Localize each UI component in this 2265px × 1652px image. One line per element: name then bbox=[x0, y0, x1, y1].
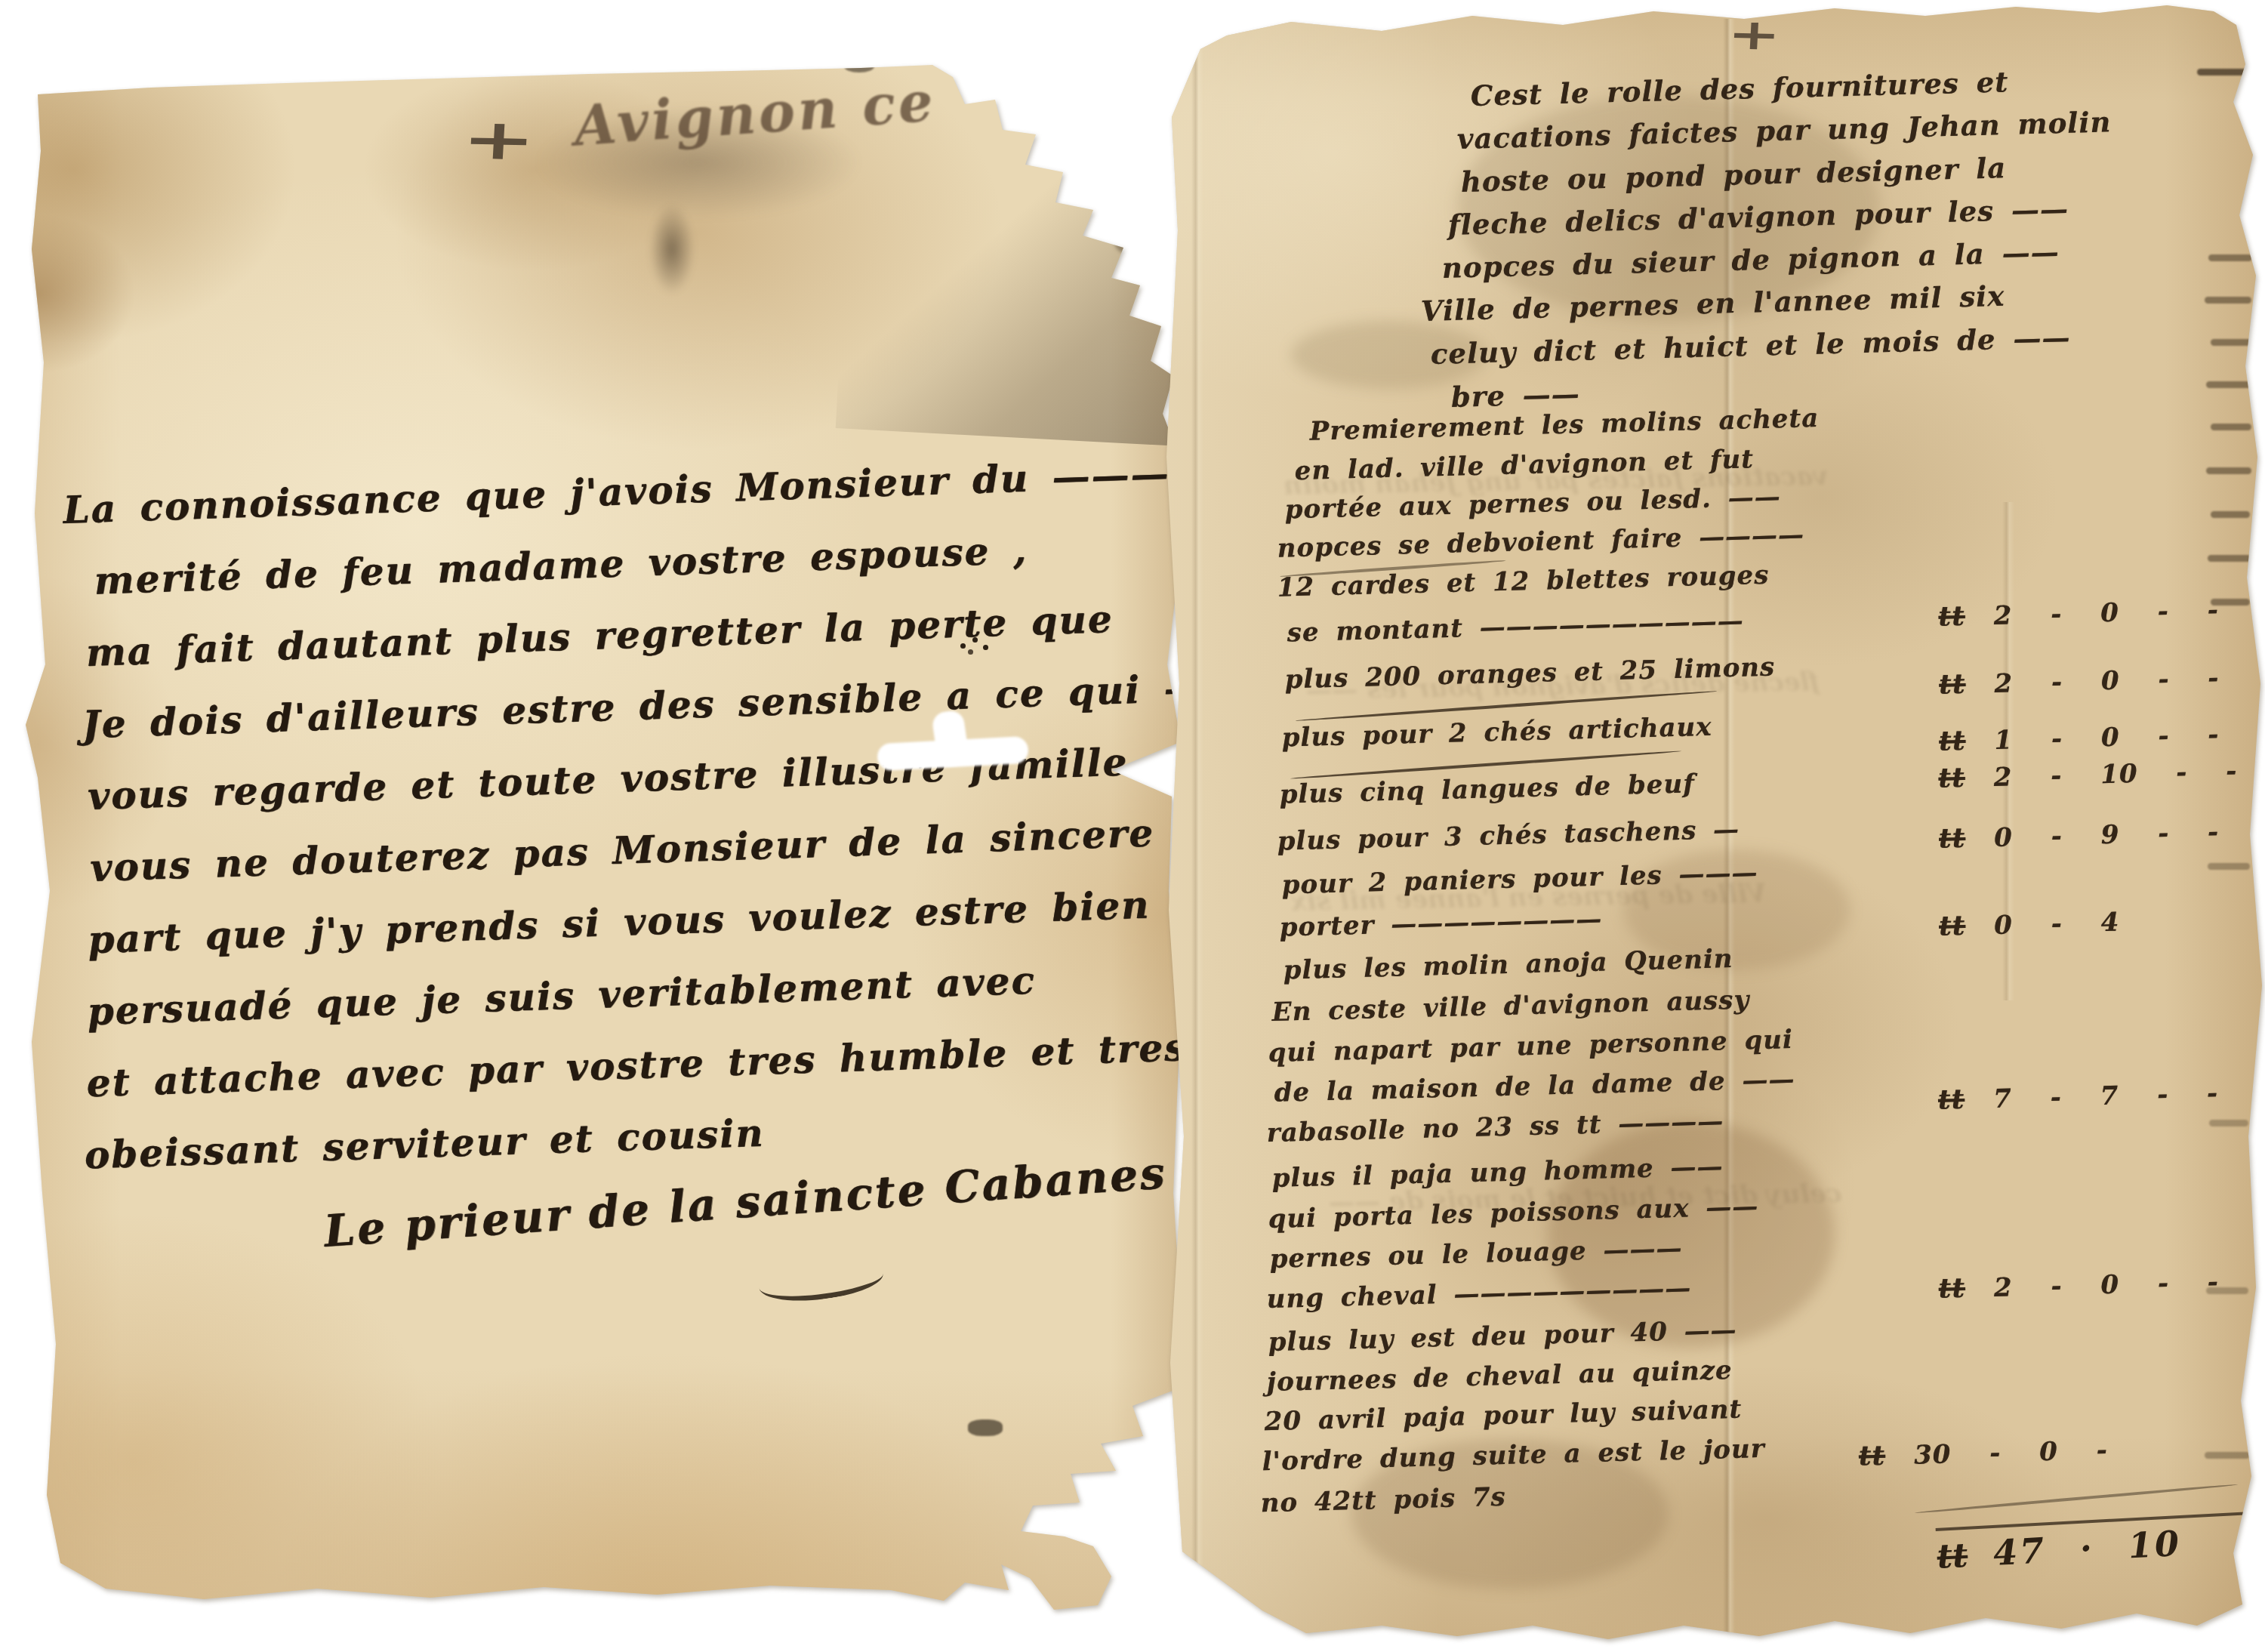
letter-body: La connoissance que j'avois Monsieur du … bbox=[62, 436, 1193, 1191]
bleedthrough-dash bbox=[2211, 424, 2251, 430]
right-page-wrapper: vacations faictes par ung Jehan molin fl… bbox=[1155, 4, 2265, 1650]
livre-symbol: tt bbox=[1939, 725, 1966, 757]
entry-amount: tt2 - 0 - - bbox=[1939, 661, 2242, 700]
bleedthrough-dash bbox=[2208, 863, 2250, 870]
cross-mark: + bbox=[1727, 9, 1783, 60]
bleedthrough-dash bbox=[2208, 254, 2252, 261]
bleedthrough-dash bbox=[2206, 467, 2251, 474]
entry-amount: tt1 - 0 - - bbox=[1939, 717, 2242, 757]
amount-value: 7 - 7 - - bbox=[1993, 1078, 2219, 1114]
amount-value: 1 - 0 - - bbox=[1994, 720, 2220, 756]
entry-text: plus pour 3 chés taschens — bbox=[1277, 815, 1740, 857]
entry-text: plus les molin anoja Quenin bbox=[1283, 944, 1733, 986]
bleedthrough-dash bbox=[2205, 297, 2251, 304]
bleedthrough-dash bbox=[2206, 1287, 2248, 1294]
intro-line: celuy dict et huict et le mois de —— bbox=[1430, 321, 2070, 371]
right-manuscript-page: vacations faictes par ung Jehan molin fl… bbox=[1155, 4, 2265, 1650]
bleedthrough-dash bbox=[2197, 69, 2251, 76]
entry-amount: tt2 - 10 - - bbox=[1938, 754, 2241, 794]
manuscript-scan: + Avignon ce La connoissance que j'avois… bbox=[0, 0, 2265, 1652]
cross-mark: + bbox=[460, 106, 538, 174]
bleedthrough-dash bbox=[2211, 511, 2250, 518]
bottom-edge-debris bbox=[968, 1419, 1003, 1436]
bleedthrough-dash bbox=[2211, 599, 2250, 606]
entry-text: Premierement les molins acheta bbox=[1309, 403, 1819, 447]
livre-symbol: tt bbox=[1938, 762, 1965, 794]
livre-symbol: tt bbox=[1938, 822, 1965, 855]
entry-amount: tt2 - 0 - - bbox=[1938, 593, 2241, 632]
intro-line: Ville de pernes en l'annee mil six bbox=[1420, 279, 2005, 328]
amount-value: 2 - 0 - - bbox=[1994, 663, 2220, 699]
torn-edge-fiber bbox=[1083, 132, 1109, 152]
ink-speck-dots bbox=[960, 643, 966, 649]
livre-symbol: tt bbox=[1938, 1272, 1965, 1305]
entry-text: plus 200 oranges et 25 limons bbox=[1284, 652, 1775, 695]
livre-symbol: tt bbox=[1858, 1440, 1885, 1472]
entry-text: no 42tt pois 7s bbox=[1260, 1482, 1506, 1518]
torn-edge-fiber bbox=[1114, 223, 1136, 253]
bleedthrough-dash bbox=[2211, 339, 2252, 346]
red-stain-fleck bbox=[1083, 1512, 1091, 1518]
total-value: 47 · 10 bbox=[1992, 1523, 2183, 1573]
amount-value: 2 - 0 - - bbox=[1993, 1267, 2219, 1303]
grand-total: tt 47 · 10 bbox=[1936, 1512, 2251, 1576]
intro-line: Cest le rolle des fournitures et bbox=[1470, 65, 2008, 112]
livre-symbol: tt bbox=[1938, 600, 1965, 633]
entry-amount: tt2 - 0 - - bbox=[1938, 1265, 2241, 1304]
signature-flourish bbox=[757, 1253, 886, 1308]
amount-value: 30 - 0 - bbox=[1914, 1435, 2109, 1471]
amount-value: 2 - 10 - - bbox=[1993, 756, 2238, 792]
left-manuscript-page: + Avignon ce La connoissance que j'avois… bbox=[15, 60, 1193, 1616]
bleedthrough-dash bbox=[2208, 555, 2251, 562]
entry-text: plus luy est deu pour 40 —— bbox=[1268, 1315, 1737, 1358]
entry-text: se montant —————————— bbox=[1287, 606, 1744, 649]
entry-text: plus il paja ung homme —— bbox=[1271, 1151, 1724, 1194]
livre-symbol: tt bbox=[1939, 668, 1966, 701]
top-edge-debris bbox=[844, 60, 874, 72]
bleedthrough-dash bbox=[2205, 1452, 2250, 1459]
entry-text: pour 2 paniers pour les ——— bbox=[1281, 858, 1758, 900]
bleedthrough-dash bbox=[2209, 1120, 2248, 1127]
bleedthrough-dash bbox=[2206, 381, 2251, 388]
entry-row: plus pour 2 chés artichaux tt1 - 0 - - bbox=[1155, 698, 2251, 764]
ink-drip bbox=[649, 204, 695, 294]
intro-line: bre —— bbox=[1450, 378, 1580, 414]
livre-symbol: tt bbox=[1936, 1536, 1968, 1576]
left-page-wrapper: + Avignon ce La connoissance que j'avois… bbox=[15, 60, 1193, 1616]
livre-symbol: tt bbox=[1937, 1083, 1965, 1116]
amount-value: 2 - 0 - - bbox=[1993, 595, 2219, 631]
